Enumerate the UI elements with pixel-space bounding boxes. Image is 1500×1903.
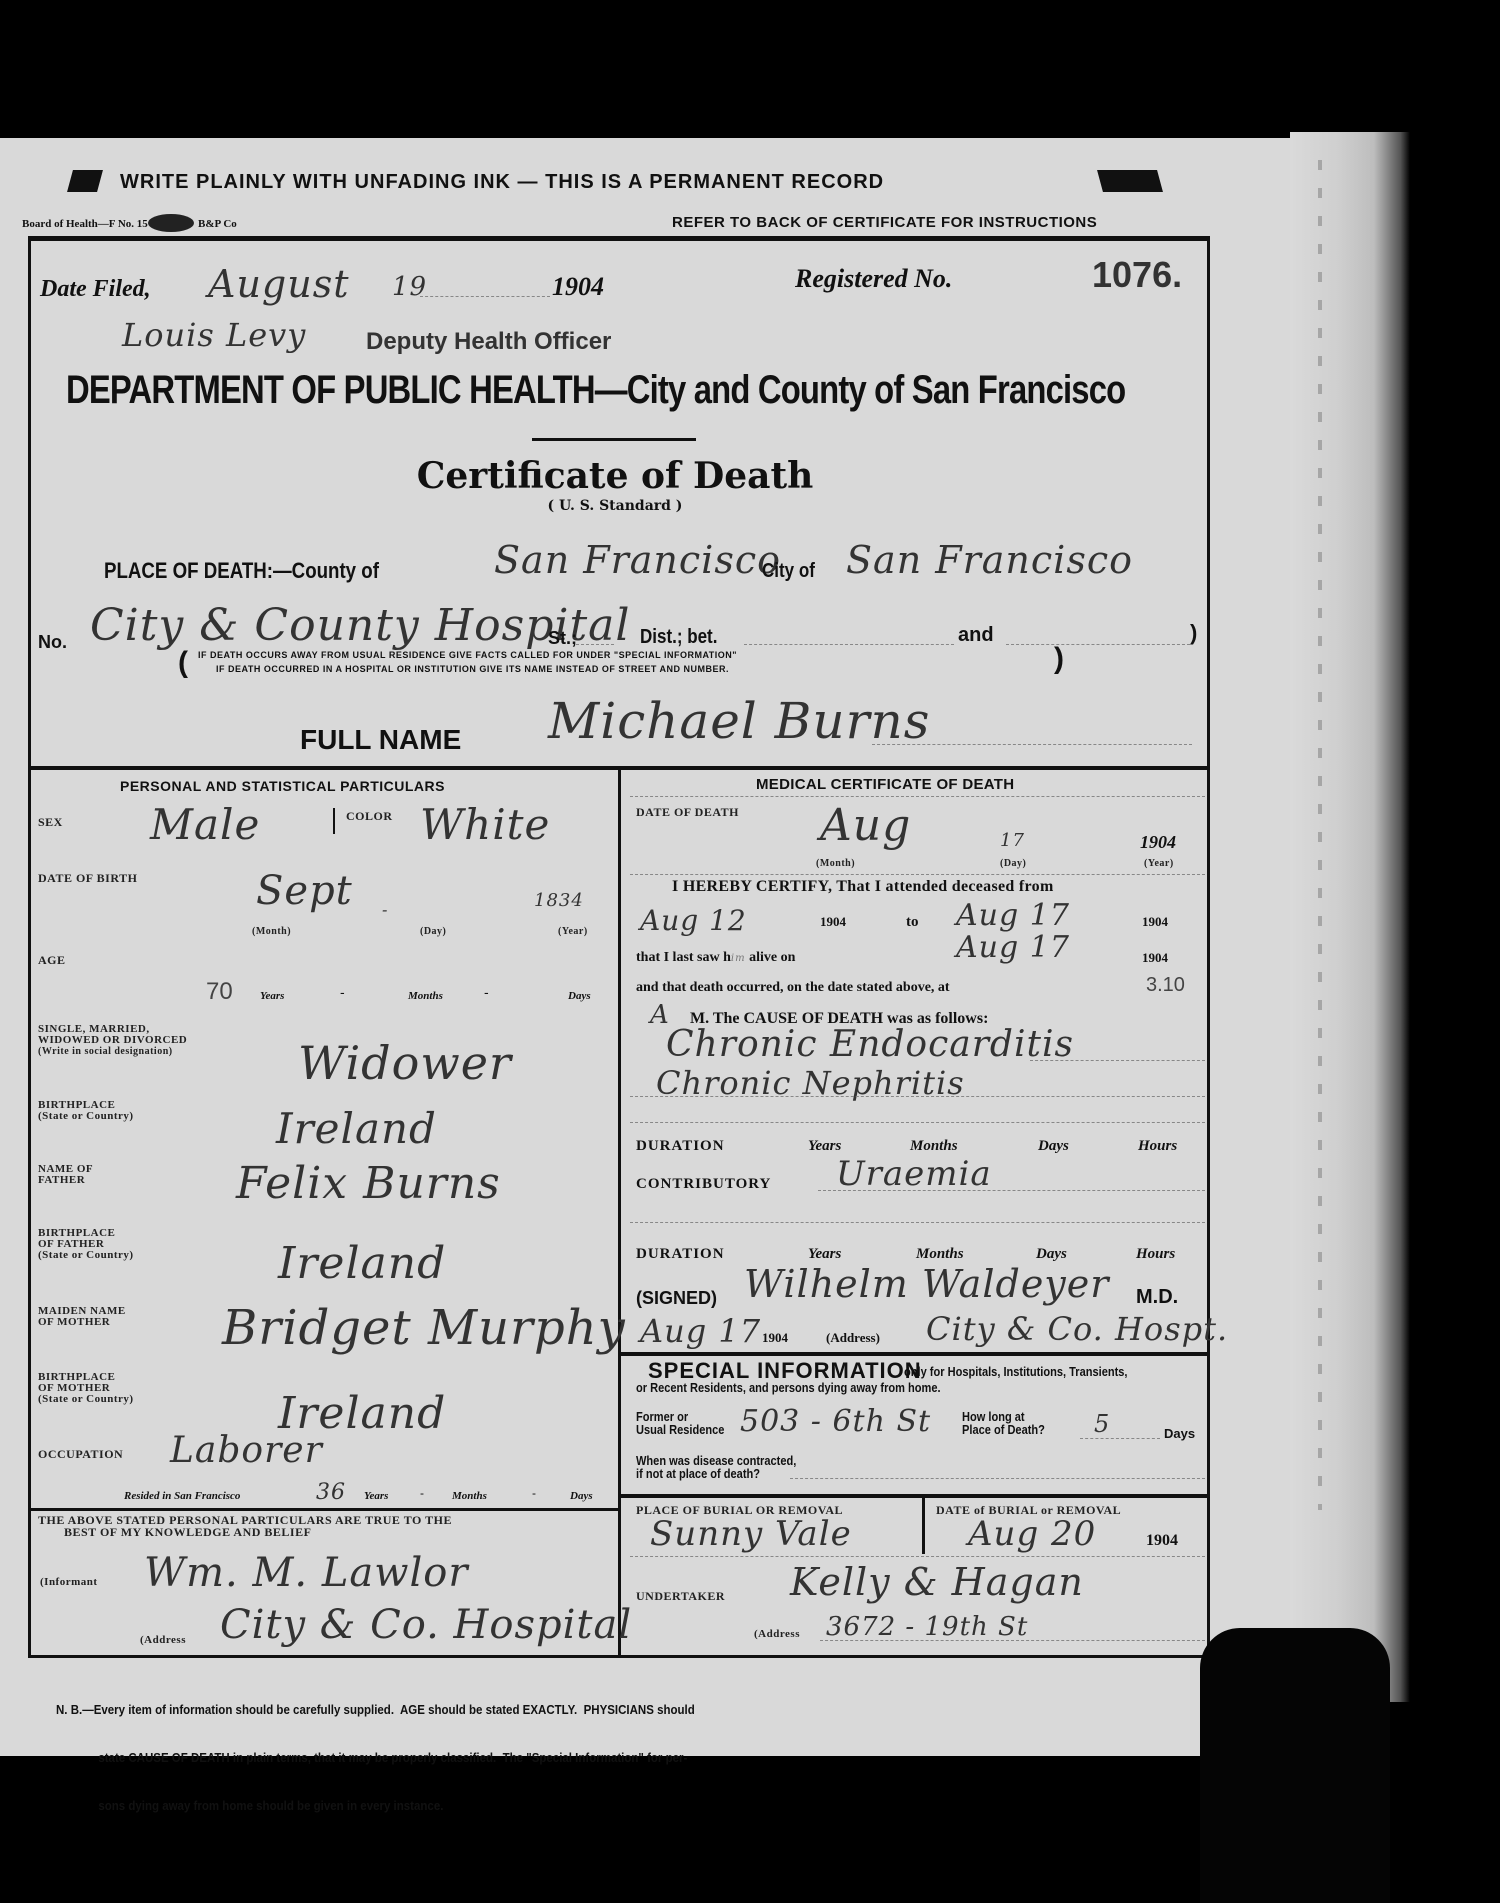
- contributory-line: [630, 1222, 1205, 1223]
- father-birthplace-label: BIRTHPLACE OF FATHER (State or Country): [38, 1228, 134, 1261]
- occupation-value: Laborer: [170, 1430, 323, 1471]
- duration-hours: Hours: [1138, 1138, 1177, 1155]
- book-page-edge: [1290, 132, 1410, 1702]
- informant-divider: [28, 1508, 618, 1511]
- signed-label: (SIGNED): [636, 1288, 717, 1309]
- occupation-label: OCCUPATION: [38, 1448, 123, 1460]
- death-month-caption: (Month): [816, 858, 855, 870]
- contributory-line: [818, 1190, 1205, 1191]
- color-value: White: [420, 800, 550, 849]
- age-years-caption: Years: [260, 990, 284, 1002]
- officer-signature: Louis Levy: [122, 316, 306, 354]
- form-number: Board of Health—F No. 15: [22, 218, 148, 230]
- special-divider: [620, 1352, 1210, 1356]
- to-label: to: [906, 914, 919, 931]
- physician-signature: Wilhelm Waldeyer: [744, 1262, 1109, 1306]
- duration-years: Years: [808, 1138, 841, 1155]
- paren-open: (: [178, 646, 188, 680]
- duration-days: Days: [1038, 1138, 1069, 1155]
- dist-line: [744, 644, 954, 645]
- informant-address-label: (Address: [140, 1634, 186, 1646]
- printer-mark: B&P Co: [198, 218, 237, 230]
- resided-label: Resided in San Francisco: [124, 1490, 240, 1502]
- how-long-unit: Days: [1164, 1426, 1195, 1441]
- burial-date: Aug 20: [968, 1514, 1096, 1554]
- attended-to: Aug 17: [956, 898, 1070, 933]
- pointing-hand-icon: [1097, 170, 1163, 192]
- color-label: COLOR: [346, 810, 393, 822]
- dob-month-caption: (Month): [252, 926, 291, 938]
- burial-divider: [620, 1494, 1210, 1498]
- date-filed-year: 1904: [552, 272, 604, 302]
- father-name-value: Felix Burns: [236, 1158, 501, 1209]
- burial-line: [630, 1556, 1205, 1557]
- resided-years-caption: Years: [364, 1490, 388, 1502]
- full-name-label: FULL NAME: [300, 724, 461, 756]
- full-name-line: [872, 744, 1192, 745]
- special-note: only for Hospitals, Institutions, Transi…: [904, 1364, 1127, 1379]
- note-usual-residence: IF DEATH OCCURS AWAY FROM USUAL RESIDENC…: [198, 650, 737, 660]
- age-days-caption: Days: [568, 990, 591, 1002]
- resided-days: -: [532, 1486, 536, 1500]
- dob-month: Sept: [256, 868, 353, 914]
- undertaker-address-label: (Address: [754, 1628, 800, 1640]
- dob-day: -: [382, 900, 388, 919]
- cause-line: [1030, 1060, 1205, 1061]
- death-year-caption: (Year): [1144, 858, 1174, 870]
- cause-line: [630, 1122, 1205, 1123]
- contributory-value: Uraemia: [836, 1154, 992, 1194]
- page-edge-marks: [1318, 160, 1322, 1510]
- contributory-label: CONTRIBUTORY: [636, 1176, 771, 1193]
- department-title: DEPARTMENT OF PUBLIC HEALTH—City and Cou…: [66, 368, 1125, 413]
- last-saw-date: Aug 17: [956, 930, 1070, 965]
- duration-months: Months: [910, 1138, 958, 1155]
- cause-primary: Chronic Endocarditis: [666, 1024, 1074, 1065]
- informant-name: Wm. M. Lawlor: [144, 1550, 469, 1596]
- md-label: M.D.: [1136, 1286, 1178, 1309]
- death-day: 17: [1000, 830, 1025, 851]
- father-birthplace-value: Ireland: [278, 1238, 446, 1289]
- title-divider: [532, 438, 696, 441]
- mother-birthplace-label: BIRTHPLACE OF MOTHER (State or Country): [38, 1372, 134, 1405]
- dob-year: 1834: [534, 890, 584, 911]
- no-label: No.: [38, 632, 67, 653]
- place-of-death-label: PLACE OF DEATH:—County of: [104, 558, 379, 584]
- sex-value: Male: [150, 800, 260, 849]
- cause-line: [630, 1096, 1205, 1097]
- duration-months: Months: [916, 1246, 964, 1263]
- usual-residence: 503 - 6th St: [740, 1404, 931, 1439]
- duration-days: Days: [1036, 1246, 1067, 1263]
- resided-days-caption: Days: [570, 1490, 593, 1502]
- certify-statement: I HEREBY CERTIFY, That I attended deceas…: [672, 878, 1054, 896]
- age-label: AGE: [38, 954, 66, 966]
- informant-statement: THE ABOVE STATED PERSONAL PARTICULARS AR…: [38, 1514, 452, 1538]
- burial-place: Sunny Vale: [650, 1514, 852, 1554]
- father-name-label: NAME OF FATHER: [38, 1164, 93, 1186]
- age-days: -: [484, 984, 489, 1000]
- physician-address: City & Co. Hospt.: [926, 1310, 1228, 1348]
- footnote: N. B.—Every item of information should b…: [56, 1670, 695, 1830]
- st-line: [576, 644, 614, 645]
- attended-from-year: 1904: [820, 914, 846, 930]
- personal-heading: PERSONAL AND STATISTICAL PARTICULARS: [120, 778, 445, 794]
- resided-months-caption: Months: [452, 1490, 487, 1502]
- undertaker-label: UNDERTAKER: [636, 1590, 725, 1602]
- us-standard: ( U. S. Standard ): [400, 498, 830, 514]
- duration-label: DURATION: [636, 1246, 725, 1263]
- undertaker-address-line: [820, 1640, 1205, 1641]
- birthplace-value: Ireland: [276, 1104, 437, 1153]
- dob-day-caption: (Day): [420, 926, 446, 938]
- city-label: City of: [762, 560, 815, 583]
- age-months: -: [340, 984, 345, 1000]
- mother-name-value: Bridget Murphy: [222, 1300, 626, 1356]
- medical-rule: [630, 796, 1205, 797]
- undertaker-address: 3672 - 19th St: [826, 1612, 1028, 1642]
- resided-years: 36: [316, 1480, 346, 1505]
- contracted-line: [790, 1478, 1205, 1479]
- how-long-value: 5: [1094, 1410, 1110, 1438]
- informant-label: (Informant: [40, 1576, 98, 1588]
- note-hospital: IF DEATH OCCURRED IN A HOSPITAL OR INSTI…: [216, 664, 729, 674]
- st-label: St.;: [548, 628, 577, 649]
- age-years: 70: [206, 978, 233, 1006]
- death-time: 3.10: [1146, 974, 1185, 997]
- registered-no-label: Registered No.: [795, 264, 952, 294]
- burial-column-divider: [922, 1498, 925, 1554]
- sex-color-divider: [333, 808, 335, 834]
- duration-years: Years: [808, 1246, 841, 1263]
- death-occurred-statement: and that death occurred, on the date sta…: [636, 980, 950, 996]
- sex-label: SEX: [38, 816, 63, 828]
- dob-label: DATE OF BIRTH: [38, 872, 137, 884]
- medical-rule: [630, 874, 1205, 875]
- special-note-2: or Recent Residents, and persons dying a…: [636, 1380, 941, 1395]
- certificate-title: Certificate of Death: [400, 455, 830, 497]
- attended-from: Aug 12: [640, 904, 747, 937]
- how-long-line: [1080, 1438, 1160, 1439]
- attended-to-year: 1904: [1142, 914, 1168, 930]
- column-divider: [618, 766, 621, 1658]
- registered-number: 1076.: [1092, 254, 1182, 296]
- dob-year-caption: (Year): [558, 926, 588, 938]
- last-saw-year: 1904: [1142, 950, 1168, 966]
- duration-label: DURATION: [636, 1138, 725, 1155]
- burial-year: 1904: [1146, 1532, 1178, 1550]
- mother-name-label: MAIDEN NAME OF MOTHER: [38, 1306, 126, 1328]
- date-of-death-label: DATE OF DEATH: [636, 806, 739, 818]
- death-day-caption: (Day): [1000, 858, 1026, 870]
- ink-warning: WRITE PLAINLY WITH UNFADING INK — THIS I…: [120, 171, 884, 194]
- county-value: San Francisco: [494, 538, 781, 582]
- paren-close: ): [1190, 620, 1197, 646]
- signed-year: 1904: [762, 1330, 788, 1346]
- marital-value: Widower: [298, 1036, 512, 1090]
- birthplace-label: BIRTHPLACE (State or Country): [38, 1100, 134, 1122]
- last-saw-label: that I last saw him alive on: [636, 950, 795, 966]
- death-month: Aug: [820, 800, 911, 851]
- officer-title: Deputy Health Officer: [366, 328, 611, 356]
- contracted-label: When was disease contracted, if not at p…: [636, 1454, 796, 1480]
- undertaker-name: Kelly & Hagan: [790, 1560, 1084, 1604]
- informant-address: City & Co. Hospital: [220, 1602, 632, 1648]
- marital-label: SINGLE, MARRIED, WIDOWED OR DIVORCED (Wr…: [38, 1024, 187, 1057]
- how-long-label: How long at Place of Death?: [962, 1410, 1045, 1436]
- duration-hours: Hours: [1136, 1246, 1175, 1263]
- resided-months: -: [420, 1486, 424, 1500]
- date-filed-label: Date Filed,: [40, 276, 151, 303]
- pointing-hand-icon: [67, 170, 103, 192]
- date-filed-day: 19: [392, 272, 427, 302]
- date-filed-month: August: [208, 262, 350, 306]
- date-filed-line: [420, 296, 550, 297]
- death-year: 1904: [1140, 832, 1176, 853]
- age-months-caption: Months: [408, 990, 443, 1002]
- full-name-value: Michael Burns: [548, 692, 930, 750]
- signed-date: Aug 17: [640, 1312, 761, 1350]
- residence-label: Former or Usual Residence: [636, 1410, 724, 1436]
- and-label: and: [958, 624, 994, 647]
- thumb-shadow: [1200, 1628, 1390, 1903]
- union-label-seal-icon: [148, 214, 194, 232]
- medical-heading: MEDICAL CERTIFICATE OF DEATH: [756, 776, 1014, 793]
- physician-address-label: (Address): [826, 1330, 880, 1346]
- city-value: San Francisco: [846, 538, 1133, 582]
- refer-instructions: REFER TO BACK OF CERTIFICATE FOR INSTRUC…: [672, 214, 1097, 231]
- paren-close: ): [1054, 642, 1064, 676]
- and-line: [1006, 644, 1190, 645]
- dist-label: Dist.; bet.: [640, 626, 717, 649]
